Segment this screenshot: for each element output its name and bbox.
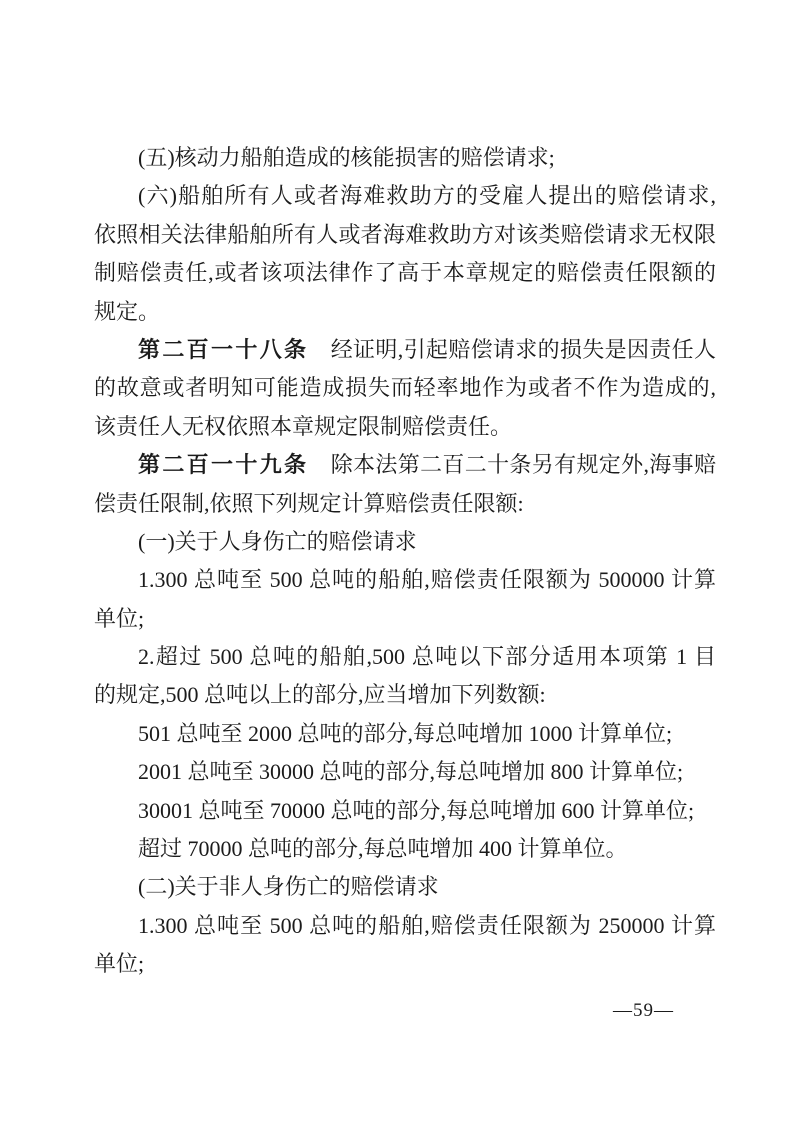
text-line: 2.超过 500 总吨的船舶,500 总吨以下部分适用本项第 1 目 bbox=[94, 638, 716, 676]
text-segment: 制赔偿责任,或者该项法律作了高于本章规定的赔偿责任限额的 bbox=[94, 260, 716, 285]
paragraph: (二)关于非人身伤亡的赔偿请求 bbox=[94, 868, 716, 906]
document-body: (五)核动力船舶造成的核能损害的赔偿请求;(六)船舶所有人或者海难救助方的受雇人… bbox=[94, 139, 716, 984]
article-number: 第二百一十九条 bbox=[138, 452, 308, 477]
text-segment: 2001 总吨至 30000 总吨的部分,每总吨增加 800 计算单位; bbox=[138, 759, 683, 784]
text-line: 偿责任限制,依照下列规定计算赔偿责任限额: bbox=[94, 485, 716, 523]
text-line: 该责任人无权依照本章规定限制赔偿责任。 bbox=[94, 408, 716, 446]
paragraph: 2.超过 500 总吨的船舶,500 总吨以下部分适用本项第 1 目的规定,50… bbox=[94, 638, 716, 715]
text-line: 规定。 bbox=[94, 293, 716, 331]
text-line: 单位; bbox=[94, 600, 716, 638]
text-segment: (二)关于非人身伤亡的赔偿请求 bbox=[138, 874, 439, 899]
text-line: 2001 总吨至 30000 总吨的部分,每总吨增加 800 计算单位; bbox=[94, 753, 716, 791]
text-segment: 偿责任限制,依照下列规定计算赔偿责任限额: bbox=[94, 491, 524, 516]
text-segment: 2.超过 500 总吨的船舶,500 总吨以下部分适用本项第 1 目 bbox=[138, 644, 716, 669]
text-line: 第二百一十八条 经证明,引起赔偿请求的损失是因责任人 bbox=[94, 331, 716, 369]
text-line: 单位; bbox=[94, 945, 716, 983]
article-number: 第二百一十八条 bbox=[138, 337, 308, 362]
text-line: 1.300 总吨至 500 总吨的船舶,赔偿责任限额为 500000 计算 bbox=[94, 561, 716, 599]
text-segment: 的规定,500 总吨以上的部分,应当增加下列数额: bbox=[94, 682, 546, 707]
text-segment: 经证明,引起赔偿请求的损失是因责任人 bbox=[308, 337, 716, 362]
text-segment: 501 总吨至 2000 总吨的部分,每总吨增加 1000 计算单位; bbox=[138, 721, 672, 746]
paragraph: 超过 70000 总吨的部分,每总吨增加 400 计算单位。 bbox=[94, 830, 716, 868]
paragraph: 501 总吨至 2000 总吨的部分,每总吨增加 1000 计算单位; bbox=[94, 715, 716, 753]
text-line: 制赔偿责任,或者该项法律作了高于本章规定的赔偿责任限额的 bbox=[94, 254, 716, 292]
text-segment: 依照相关法律船舶所有人或者海难救助方对该类赔偿请求无权限 bbox=[94, 222, 716, 247]
text-segment: 超过 70000 总吨的部分,每总吨增加 400 计算单位。 bbox=[138, 836, 628, 861]
text-line: (六)船舶所有人或者海难救助方的受雇人提出的赔偿请求, bbox=[94, 177, 716, 215]
paragraph: 30001 总吨至 70000 总吨的部分,每总吨增加 600 计算单位; bbox=[94, 792, 716, 830]
paragraph: 第二百一十九条 除本法第二百二十条另有规定外,海事赔偿责任限制,依照下列规定计算… bbox=[94, 446, 716, 523]
text-segment: (五)核动力船舶造成的核能损害的赔偿请求; bbox=[138, 145, 555, 170]
text-segment: (一)关于人身伤亡的赔偿请求 bbox=[138, 529, 417, 554]
text-line: (一)关于人身伤亡的赔偿请求 bbox=[94, 523, 716, 561]
text-line: (二)关于非人身伤亡的赔偿请求 bbox=[94, 868, 716, 906]
text-line: 30001 总吨至 70000 总吨的部分,每总吨增加 600 计算单位; bbox=[94, 792, 716, 830]
text-line: 1.300 总吨至 500 总吨的船舶,赔偿责任限额为 250000 计算 bbox=[94, 907, 716, 945]
text-segment: 1.300 总吨至 500 总吨的船舶,赔偿责任限额为 500000 计算 bbox=[138, 567, 716, 592]
text-line: 的规定,500 总吨以上的部分,应当增加下列数额: bbox=[94, 676, 716, 714]
text-segment: 单位; bbox=[94, 951, 144, 976]
text-segment: 的故意或者明知可能造成损失而轻率地作为或者不作为造成的, bbox=[94, 375, 716, 400]
text-line: (五)核动力船舶造成的核能损害的赔偿请求; bbox=[94, 139, 716, 177]
text-line: 的故意或者明知可能造成损失而轻率地作为或者不作为造成的, bbox=[94, 369, 716, 407]
text-segment: 1.300 总吨至 500 总吨的船舶,赔偿责任限额为 250000 计算 bbox=[138, 913, 716, 938]
text-segment: 该责任人无权依照本章规定限制赔偿责任。 bbox=[94, 414, 512, 439]
text-segment: 单位; bbox=[94, 606, 144, 631]
paragraph: 2001 总吨至 30000 总吨的部分,每总吨增加 800 计算单位; bbox=[94, 753, 716, 791]
paragraph: (五)核动力船舶造成的核能损害的赔偿请求; bbox=[94, 139, 716, 177]
paragraph: 1.300 总吨至 500 总吨的船舶,赔偿责任限额为 500000 计算单位; bbox=[94, 561, 716, 638]
document-page: (五)核动力船舶造成的核能损害的赔偿请求;(六)船舶所有人或者海难救助方的受雇人… bbox=[0, 0, 793, 1122]
text-segment: 除本法第二百二十条另有规定外,海事赔 bbox=[308, 452, 716, 477]
text-line: 超过 70000 总吨的部分,每总吨增加 400 计算单位。 bbox=[94, 830, 716, 868]
text-segment: (六)船舶所有人或者海难救助方的受雇人提出的赔偿请求, bbox=[138, 183, 716, 208]
page-number: —59— bbox=[613, 1000, 674, 1022]
text-line: 第二百一十九条 除本法第二百二十条另有规定外,海事赔 bbox=[94, 446, 716, 484]
text-segment: 规定。 bbox=[94, 299, 160, 324]
paragraph: 第二百一十八条 经证明,引起赔偿请求的损失是因责任人的故意或者明知可能造成损失而… bbox=[94, 331, 716, 446]
paragraph: (一)关于人身伤亡的赔偿请求 bbox=[94, 523, 716, 561]
paragraph: 1.300 总吨至 500 总吨的船舶,赔偿责任限额为 250000 计算单位; bbox=[94, 907, 716, 984]
paragraph: (六)船舶所有人或者海难救助方的受雇人提出的赔偿请求,依照相关法律船舶所有人或者… bbox=[94, 177, 716, 331]
text-line: 501 总吨至 2000 总吨的部分,每总吨增加 1000 计算单位; bbox=[94, 715, 716, 753]
text-line: 依照相关法律船舶所有人或者海难救助方对该类赔偿请求无权限 bbox=[94, 216, 716, 254]
text-segment: 30001 总吨至 70000 总吨的部分,每总吨增加 600 计算单位; bbox=[138, 798, 694, 823]
